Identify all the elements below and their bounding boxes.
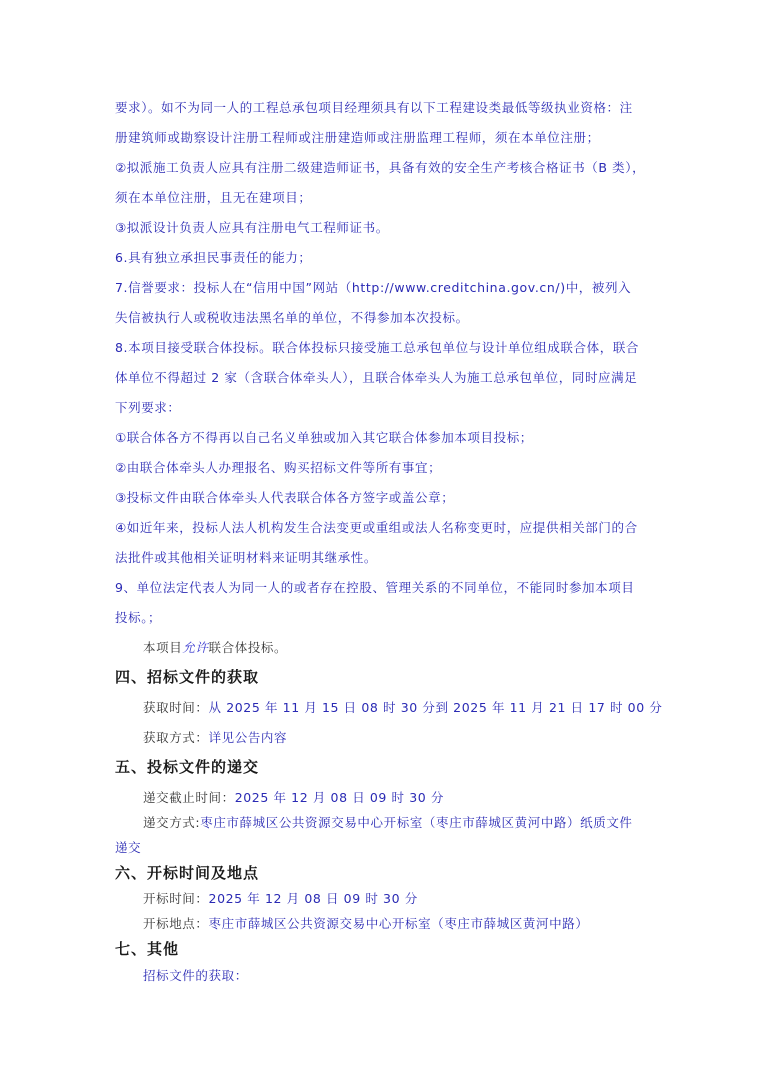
paragraph-line: 须在本单位注册，且无在建项目；: [115, 190, 650, 206]
other-item: 招标文件的获取：: [143, 968, 678, 984]
paragraph-line: 7.信誉要求：投标人在“信用中国”网站（http://www.creditchi…: [115, 280, 650, 296]
submit-deadline-value: 2025 年 12 月 08 日 09 时 30 分: [235, 790, 444, 805]
paragraph-line: 法批件或其他相关证明材料来证明其继承性。: [115, 550, 650, 566]
document-page: 要求）。如不为同一人的工程总承包项目经理须具有以下工程建设类最低等级执业资格：注…: [0, 0, 758, 1074]
consortium-note-suffix: 联合体投标。: [209, 640, 288, 655]
consortium-note-value: 允许: [182, 640, 208, 655]
paragraph-line: ①联合体各方不得再以自己名义单独或加入其它联合体参加本项目投标；: [115, 430, 650, 446]
opening-time-value: 2025 年 12 月 08 日 09 时 30 分: [209, 891, 418, 906]
paragraph-line: 9、单位法定代表人为同一人的或者存在控股、管理关系的不同单位，不能同时参加本项目: [115, 580, 650, 596]
paragraph-line: ②拟派施工负责人应具有注册二级建造师证书，具备有效的安全生产考核合格证书（B 类…: [115, 160, 650, 176]
opening-place-label: 开标地点：: [143, 916, 209, 931]
obtain-method: 获取方式：详见公告内容: [143, 730, 678, 746]
submit-deadline-label: 递交截止时间：: [143, 790, 235, 805]
obtain-method-value: 详见公告内容: [209, 730, 288, 745]
section-heading-5: 五、投标文件的递交: [115, 758, 259, 776]
submit-method-value: 枣庄市薛城区公共资源交易中心开标室（枣庄市薛城区黄河中路）纸质文件: [200, 815, 632, 830]
paragraph-line: 册建筑师或勘察设计注册工程师或注册建造师或注册监理工程师，须在本单位注册；: [115, 130, 650, 146]
submit-method-continued: 递交: [115, 840, 650, 856]
paragraph-line: 下列要求：: [115, 400, 650, 416]
paragraph-line: 投标。；: [115, 610, 650, 626]
paragraph-line: ④如近年来，投标人法人机构发生合法变更或重组或法人名称变更时，应提供相关部门的合: [115, 520, 650, 536]
submit-method: 递交方式:枣庄市薛城区公共资源交易中心开标室（枣庄市薛城区黄河中路）纸质文件: [143, 815, 678, 831]
section-heading-7: 七、其他: [115, 940, 179, 958]
paragraph-line: ③投标文件由联合体牵头人代表联合体各方签字或盖公章；: [115, 490, 650, 506]
paragraph-line: 6.具有独立承担民事责任的能力；: [115, 250, 650, 266]
consortium-note: 本项目允许联合体投标。: [143, 640, 678, 656]
opening-place-value: 枣庄市薛城区公共资源交易中心开标室（枣庄市薛城区黄河中路）: [209, 916, 589, 931]
paragraph-line: 体单位不得超过 2 家（含联合体牵头人），且联合体牵头人为施工总承包单位，同时应…: [115, 370, 650, 386]
paragraph-line: ②由联合体牵头人办理报名、购买招标文件等所有事宜；: [115, 460, 650, 476]
submit-method-label: 递交方式:: [143, 815, 200, 830]
submit-deadline: 递交截止时间：2025 年 12 月 08 日 09 时 30 分: [143, 790, 678, 806]
paragraph-line: 要求）。如不为同一人的工程总承包项目经理须具有以下工程建设类最低等级执业资格：注: [115, 100, 650, 116]
opening-time-label: 开标时间：: [143, 891, 209, 906]
obtain-time-value: 从 2025 年 11 月 15 日 08 时 30 分到 2025 年 11 …: [209, 700, 663, 715]
paragraph-line: 失信被执行人或税收违法黑名单的单位，不得参加本次投标。: [115, 310, 650, 326]
paragraph-line: ③拟派设计负责人应具有注册电气工程师证书。: [115, 220, 650, 236]
paragraph-line: 8.本项目接受联合体投标。联合体投标只接受施工总承包单位与设计单位组成联合体，联…: [115, 340, 650, 356]
section-heading-4: 四、招标文件的获取: [115, 668, 259, 686]
obtain-time-label: 获取时间：: [143, 700, 209, 715]
opening-time: 开标时间：2025 年 12 月 08 日 09 时 30 分: [143, 891, 678, 907]
section-heading-6: 六、开标时间及地点: [115, 864, 259, 882]
obtain-time: 获取时间：从 2025 年 11 月 15 日 08 时 30 分到 2025 …: [143, 700, 678, 716]
opening-place: 开标地点：枣庄市薛城区公共资源交易中心开标室（枣庄市薛城区黄河中路）: [143, 916, 678, 932]
consortium-note-prefix: 本项目: [143, 640, 182, 655]
obtain-method-label: 获取方式：: [143, 730, 209, 745]
